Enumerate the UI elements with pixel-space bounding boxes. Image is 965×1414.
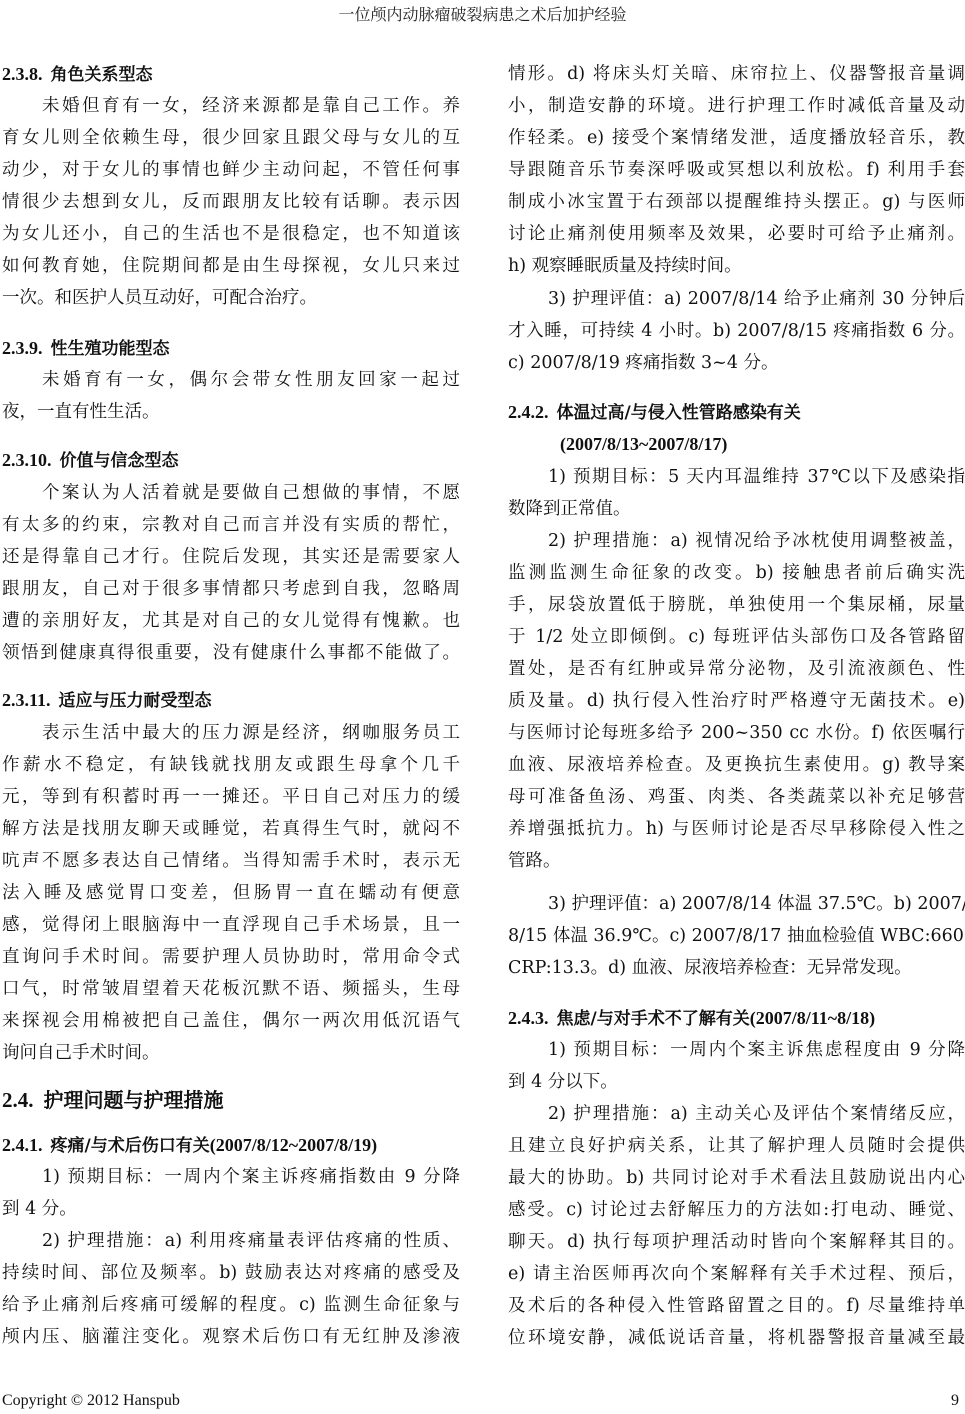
paragraph-line: 于 1/2 处立即倾倒。c) 每班评估头部伤口及各管路留 bbox=[508, 625, 965, 649]
paragraph-line: 情很少去想到女儿，反而跟朋友比较有话聊。表示因 bbox=[2, 190, 460, 214]
paragraph-line: 制成小冰宝置于右颈部以提醒维持头摆正。g) 与医师 bbox=[508, 190, 965, 214]
paragraph-line: 养增强抵抗力。h) 与医师讨论是否尽早移除侵入性之 bbox=[508, 817, 965, 841]
running-header: 一位颅内动脉瘤破裂病患之术后加护经验 bbox=[0, 2, 965, 25]
section-number: 2.3.8. bbox=[2, 64, 43, 84]
paragraph-line: 8/15 体温 36.9℃。c) 2007/8/17 抽血检验值 WBC:660… bbox=[508, 924, 965, 948]
paragraph-line: 置处，是否有红肿或异常分泌物，及引流液颜色、性 bbox=[508, 657, 965, 681]
paragraph-line: 领悟到健康真得很重要，没有健康什么事都不能做了。 bbox=[2, 641, 460, 665]
section-heading-2-3-10: 2.3.10.价值与信念型态 bbox=[2, 448, 179, 473]
section-title: 性生殖功能型态 bbox=[51, 339, 170, 359]
section-title: 角色关系型态 bbox=[51, 65, 153, 85]
section-dates: (2007/8/12~2007/8/19) bbox=[210, 1135, 377, 1155]
section-heading-2-4-1: 2.4.1.疼痛/与术后伤口有关(2007/8/12~2007/8/19) bbox=[2, 1133, 377, 1158]
section-title: 适应与压力耐受型态 bbox=[59, 691, 212, 711]
paragraph-line: 跟朋友，自己对于很多事情都只考虑到自我，忽略周 bbox=[2, 577, 460, 601]
section-title: 护理问题与护理措施 bbox=[44, 1088, 224, 1112]
paragraph-line: 还是得靠自己才行。住院后发现，其实还是需要家人 bbox=[2, 545, 460, 569]
section-title: 价值与信念型态 bbox=[60, 451, 179, 471]
section-number: 2.4. bbox=[2, 1088, 34, 1112]
paragraph-line: 个案认为人活着就是要做自己想做的事情，不愿 bbox=[2, 481, 460, 505]
paragraph-line: 情形。d) 将床头灯关暗、床帘拉上、仪器警报音量调 bbox=[508, 62, 965, 86]
section-number: 2.3.9. bbox=[2, 338, 43, 358]
paragraph-line: 到 4 分。 bbox=[2, 1197, 460, 1221]
paragraph-line: 到 4 分以下。 bbox=[508, 1070, 965, 1094]
section-title: 体温过高/与侵入性管路感染有关 bbox=[557, 403, 801, 423]
section-title: 疼痛/与术后伤口有关 bbox=[51, 1136, 210, 1156]
paragraph-line: 导跟随音乐节奏深呼吸或冥想以利放松。f) 利用手套 bbox=[508, 158, 965, 182]
section-heading-2-3-9: 2.3.9.性生殖功能型态 bbox=[2, 336, 170, 361]
page-number: 9 bbox=[951, 1392, 959, 1410]
paragraph-line: 最大的协助。b) 共同讨论对手术看法且鼓励说出内心 bbox=[508, 1166, 965, 1190]
paragraph-line: h) 观察睡眠质量及持续时间。 bbox=[508, 254, 965, 278]
section-heading-2-4: 2.4.护理问题与护理措施 bbox=[2, 1086, 224, 1114]
section-dates: (2007/8/11~8/18) bbox=[750, 1008, 875, 1028]
paragraph-line: 表示生活中最大的压力源是经济，纲咖服务员工 bbox=[2, 721, 460, 745]
paragraph-line: 来探视会用棉被把自己盖住，偶尔一两次用低沉语气 bbox=[2, 1009, 460, 1033]
paragraph-line: 1) 预期目标：一周内个案主诉焦虑程度由 9 分降 bbox=[508, 1038, 965, 1062]
paragraph-line: 及术后的各种侵入性管路留置之目的。f) 尽量维持单 bbox=[508, 1294, 965, 1318]
section-heading-2-4-3: 2.4.3.焦虑/与对手术不了解有关(2007/8/11~8/18) bbox=[508, 1006, 875, 1031]
paragraph-line: 质及量。d) 执行侵入性治疗时严格遵守无菌技术。e) bbox=[508, 689, 965, 713]
paragraph-line: 有太多的约束，宗教对自己而言并没有实质的帮忙， bbox=[2, 513, 460, 537]
paragraph-line: 手，尿袋放置低于膀胱，单独使用一个集尿桶，尿量 bbox=[508, 593, 965, 617]
paragraph-line: 一次。和医护人员互动好，可配合治疗。 bbox=[2, 286, 460, 310]
paragraph-line: 遭的亲朋好友，尤其是对自己的女儿觉得有愧歉。也 bbox=[2, 609, 460, 633]
paragraph-line: 感，觉得闭上眼脑海中一直浮现自己手术场景，且一 bbox=[2, 913, 460, 937]
paragraph-line: 元，等到有积蓄时再一一摊还。平日自己对压力的缓 bbox=[2, 785, 460, 809]
paragraph-line: 小，制造安静的环境。进行护理工作时减低音量及动 bbox=[508, 94, 965, 118]
section-dates: (2007/8/13~2007/8/17) bbox=[560, 434, 727, 454]
section-number: 2.3.11. bbox=[2, 690, 51, 710]
paragraph-line: 与医师讨论每班多给予 200~350 cc 水份。f) 依医嘱行 bbox=[508, 721, 965, 745]
paragraph-line: 直询问手术时间。需要护理人员协助时，常用命令式 bbox=[2, 945, 460, 969]
paragraph-line: e) 请主治医师再次向个案解释有关手术过程、预后， bbox=[508, 1262, 965, 1286]
paragraph-line: 才入睡，可持续 4 小时。b) 2007/8/15 疼痛指数 6 分。 bbox=[508, 319, 965, 343]
paragraph-line: 2) 护理措施：a) 主动关心及评估个案情绪反应， bbox=[508, 1102, 965, 1126]
section-heading-2-3-11: 2.3.11.适应与压力耐受型态 bbox=[2, 688, 212, 713]
paragraph-line: 夜，一直有性生活。 bbox=[2, 400, 460, 424]
section-dates-line: (2007/8/13~2007/8/17) bbox=[560, 432, 727, 457]
paragraph-line: 未婚但育有一女，经济来源都是靠自己工作。养 bbox=[2, 94, 460, 118]
paragraph-line: 管路。 bbox=[508, 849, 965, 873]
paragraph-line: 3) 护理评值：a) 2007/8/14 体温 37.5℃。b) 2007/ bbox=[508, 892, 965, 916]
section-number: 2.4.2. bbox=[508, 402, 549, 422]
paragraph-line: 感受。c) 讨论过去舒解压力的方法如:打电动、睡觉、 bbox=[508, 1198, 965, 1222]
section-number: 2.4.3. bbox=[508, 1008, 549, 1028]
paragraph-line: 1) 预期目标：5 天内耳温维持 37℃以下及感染指 bbox=[508, 465, 965, 489]
paragraph-line: 作轻柔。e) 接受个案情绪发泄，适度播放轻音乐，教 bbox=[508, 126, 965, 150]
paragraph-line: 位环境安静，减低说话音量，将机器警报音量减至最 bbox=[508, 1326, 965, 1350]
section-heading-2-3-8: 2.3.8.角色关系型态 bbox=[2, 62, 153, 87]
paragraph-line: 2) 护理措施：a) 视情况给予冰枕使用调整被盖， bbox=[508, 529, 965, 553]
section-heading-2-4-2: 2.4.2.体温过高/与侵入性管路感染有关 bbox=[508, 400, 801, 425]
section-number: 2.4.1. bbox=[2, 1135, 43, 1155]
paragraph-line: 育女儿则全依赖生母，很少回家且跟父母与女儿的互 bbox=[2, 126, 460, 150]
paragraph-line: 吭声不愿多表达自己情绪。当得知需手术时，表示无 bbox=[2, 849, 460, 873]
paragraph-line: 3) 护理评值：a) 2007/8/14 给予止痛剂 30 分钟后 bbox=[508, 287, 965, 311]
copyright-footer: Copyright © 2012 Hanspub bbox=[2, 1392, 180, 1410]
paragraph-line: 聊天。d) 执行每项护理活动时皆向个案解释其目的。 bbox=[508, 1230, 965, 1254]
paragraph-line: 讨论止痛剂使用频率及效果，必要时可给予止痛剂。 bbox=[508, 222, 965, 246]
paragraph-line: 且建立良好护病关系，让其了解护理人员随时会提供 bbox=[508, 1134, 965, 1158]
section-title: 焦虑/与对手术不了解有关 bbox=[557, 1009, 750, 1029]
paragraph-line: CRP:13.3。d) 血液、尿液培养检查：无异常发现。 bbox=[508, 956, 965, 980]
paragraph-line: 给予止痛剂后疼痛可缓解的程度。c) 监测生命征象与 bbox=[2, 1293, 460, 1317]
paragraph-line: 如何教育她，住院期间都是由生母探视，女儿只来过 bbox=[2, 254, 460, 278]
paragraph-line: 作薪水不稳定，有缺钱就找朋友或跟生母拿个几千 bbox=[2, 753, 460, 777]
paragraph-line: 口气，时常皱眉望着天花板沉默不语、频摇头，生母 bbox=[2, 977, 460, 1001]
paragraph-line: 持续时间、部位及频率。b) 鼓励表达对疼痛的感受及 bbox=[2, 1261, 460, 1285]
paragraph-line: 血液、尿液培养检查。及更换抗生素使用。g) 教导案 bbox=[508, 753, 965, 777]
paragraph-line: 监测监测生命征象的改变。b) 接触患者前后确实洗 bbox=[508, 561, 965, 585]
paragraph-line: 1) 预期目标：一周内个案主诉疼痛指数由 9 分降 bbox=[2, 1165, 460, 1189]
paragraph-line: 询问自己手术时间。 bbox=[2, 1041, 460, 1065]
paragraph-line: 动少，对于女儿的事情也鲜少主动问起，不管任何事 bbox=[2, 158, 460, 182]
section-number: 2.3.10. bbox=[2, 450, 52, 470]
paragraph-line: c) 2007/8/19 疼痛指数 3~4 分。 bbox=[508, 351, 965, 375]
paragraph-line: 颅内压、脑灌注变化。观察术后伤口有无红肿及渗液 bbox=[2, 1325, 460, 1349]
paragraph-line: 未婚育有一女，偶尔会带女性朋友回家一起过 bbox=[2, 368, 460, 392]
paragraph-line: 母可准备鱼汤、鸡蛋、肉类、各类蔬菜以补充足够营 bbox=[508, 785, 965, 809]
paragraph-line: 为女儿还小，自己的生活也不是很稳定，也不知道该 bbox=[2, 222, 460, 246]
paragraph-line: 2) 护理措施：a) 利用疼痛量表评估疼痛的性质、 bbox=[2, 1229, 460, 1253]
paragraph-line: 解方法是找朋友聊天或睡觉，若真得生气时，就闷不 bbox=[2, 817, 460, 841]
paragraph-line: 数降到正常值。 bbox=[508, 497, 965, 521]
paragraph-line: 法入睡及感觉胃口变差，但肠胃一直在蠕动有便意 bbox=[2, 881, 460, 905]
